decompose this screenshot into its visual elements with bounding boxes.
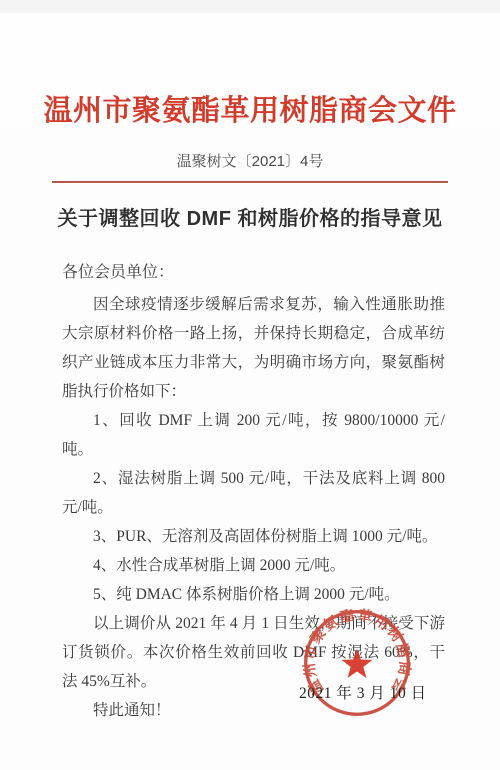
price-item-3: 3、PUR、无溶剂及高固体份树脂上调 1000 元/吨。 [62, 522, 445, 551]
salutation: 各位会员单位： [62, 261, 445, 285]
document-body: 各位会员单位： 因全球疫情逐步缓解后需求复苏，输入性通胀助推大宗原材料价格一路上… [0, 261, 500, 725]
price-item-1: 1、回收 DMF 上调 200 元/吨，按 9800/10000 元/吨。 [62, 406, 445, 464]
document-page: 温州市聚氨酯革用树脂商会文件 温聚树文〔2021〕4号 关于调整回收 DMF 和… [0, 0, 500, 770]
scan-edge-strip [0, 0, 500, 13]
intro-paragraph: 因全球疫情逐步缓解后需求复苏，输入性通胀助推大宗原材料价格一路上扬，并保持长期稳… [62, 290, 445, 406]
document-title: 关于调整回收 DMF 和树脂价格的指导意见 [0, 203, 500, 235]
price-item-5: 5、纯 DMAC 体系树脂价格上调 2000 元/吨。 [62, 580, 445, 609]
red-divider [52, 181, 448, 183]
doc-number: 温聚树文〔2021〕4号 [0, 152, 500, 172]
date-line: 2021 年 3 月 10 日 [299, 681, 427, 703]
seal-star-icon [342, 649, 373, 678]
price-item-4: 4、水性合成革树脂上调 2000 元/吨。 [62, 551, 445, 580]
price-item-2: 2、湿法树脂上调 500 元/吨，干法及底料上调 800 元/吨。 [62, 464, 445, 522]
header-org-title: 温州市聚氨酯革用树脂商会文件 [0, 13, 500, 132]
